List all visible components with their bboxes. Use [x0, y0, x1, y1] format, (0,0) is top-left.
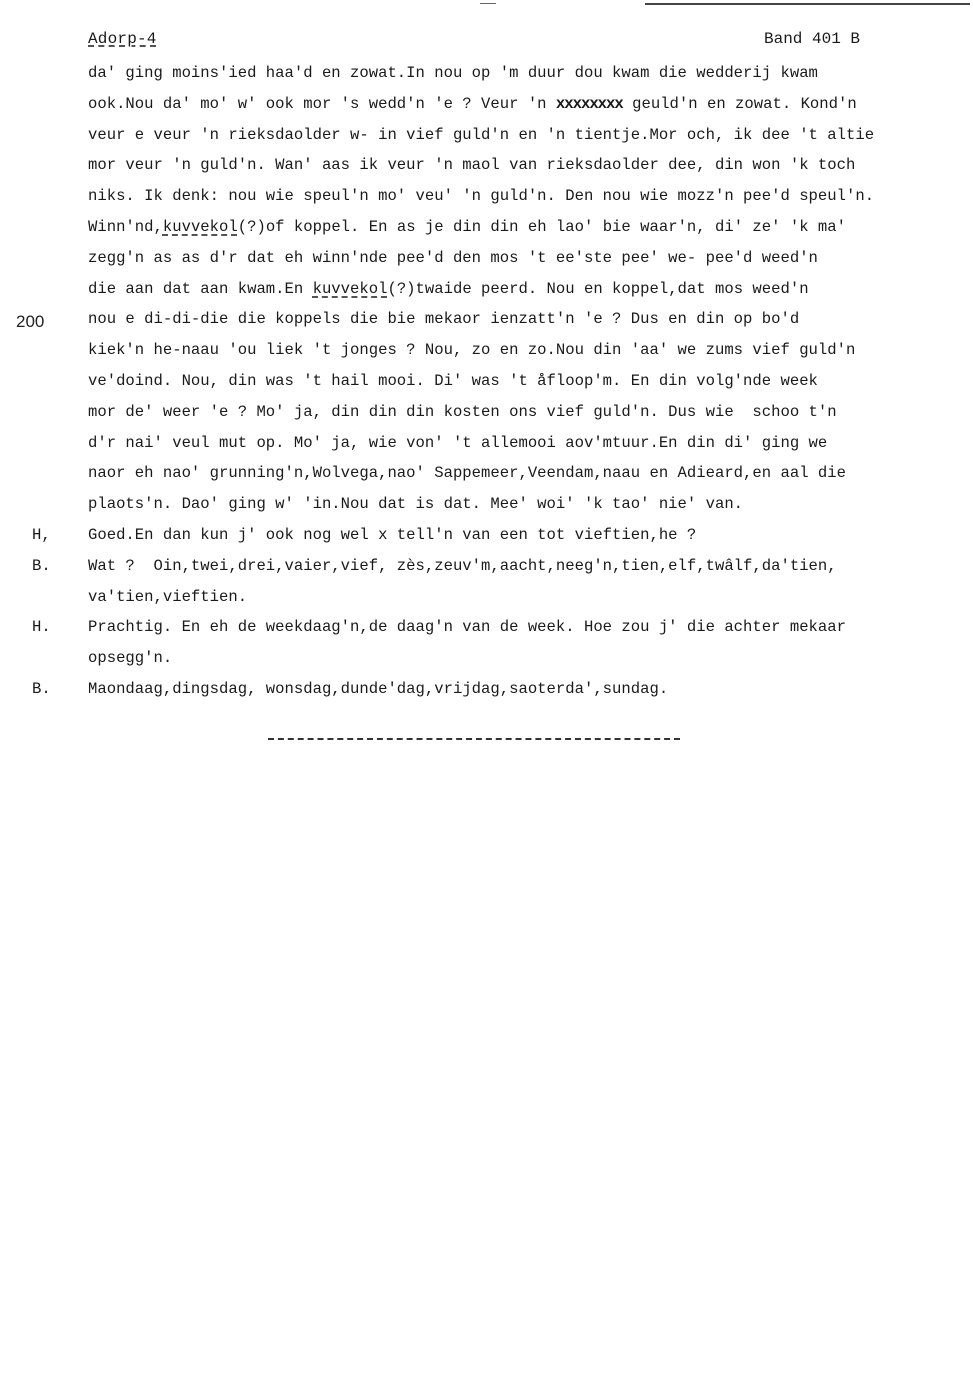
line-text: Wat ? Oin,twei,drei,vaier,vief, zès,zeuv…	[88, 557, 837, 575]
transcript-line: die aan dat aan kwam.En kuvvekol(?)twaid…	[88, 274, 973, 305]
transcript-line: ook.Nou da' mo' w' ook mor 's wedd'n 'e …	[88, 89, 973, 120]
transcript-line: zegg'n as as d'r dat eh winn'nde pee'd d…	[88, 243, 973, 274]
speaker-label: B.	[32, 674, 72, 705]
tape-band-label: Band 401 B	[764, 30, 860, 48]
transcript-line: B.Wat ? Oin,twei,drei,vaier,vief, zès,ze…	[88, 551, 973, 582]
line-text: va'tien,vieftien.	[88, 588, 247, 606]
transcript-line: B.Maondaag,dingsdag, wonsdag,dunde'dag,v…	[88, 674, 973, 705]
transcript-line: da' ging moins'ied haa'd en zowat.In nou…	[88, 58, 973, 89]
transcript-line: plaots'n. Dao' ging w' 'in.Nou dat is da…	[88, 489, 973, 520]
transcript-line: niks. Ik denk: nou wie speul'n mo' veu' …	[88, 181, 973, 212]
scan-edge-rule	[645, 3, 970, 5]
line-text: ve'doind. Nou, din was 't hail mooi. Di'…	[88, 372, 818, 390]
page-header: Adorp-4 Band 401 B	[88, 30, 918, 54]
transcript-line: Winn'nd,kuvvekol(?)of koppel. En as je d…	[88, 212, 973, 243]
uncertain-word: kuvvekol	[313, 280, 388, 298]
transcript-line: kiek'n he-naau 'ou liek 't jonges ? Nou,…	[88, 335, 973, 366]
uncertain-word: kuvvekol	[163, 218, 238, 236]
transcript-line: H.Prachtig. En eh de weekdaag'n,de daag'…	[88, 612, 973, 643]
margin-line-number: 200	[16, 312, 44, 332]
transcript-line: d'r nai' veul mut op. Mo' ja, wie von' '…	[88, 428, 973, 459]
speaker-label: H.	[32, 612, 72, 643]
document-title: Adorp-4	[88, 30, 157, 48]
line-text-continued: (?)twaide peerd. Nou en koppel,dat mos w…	[387, 280, 808, 298]
transcript-line: naor eh nao' grunning'n,Wolvega,nao' Sap…	[88, 458, 973, 489]
line-text: plaots'n. Dao' ging w' 'in.Nou dat is da…	[88, 495, 743, 513]
speaker-label: B.	[32, 551, 72, 582]
transcript-line: H,Goed.En dan kun j' ook nog wel x tell'…	[88, 520, 973, 551]
speaker-label: H,	[32, 520, 72, 551]
line-text: Goed.En dan kun j' ook nog wel x tell'n …	[88, 526, 696, 544]
line-text: kiek'n he-naau 'ou liek 't jonges ? Nou,…	[88, 341, 855, 359]
line-text: veur e veur 'n rieksdaolder w- in vief g…	[88, 126, 874, 144]
line-text-continued: geuld'n en zowat. Kond'n	[623, 95, 857, 113]
end-of-text-rule	[268, 738, 680, 740]
line-text: naor eh nao' grunning'n,Wolvega,nao' Sap…	[88, 464, 846, 482]
line-text: niks. Ik denk: nou wie speul'n mo' veu' …	[88, 187, 874, 205]
line-text: zegg'n as as d'r dat eh winn'nde pee'd d…	[88, 249, 818, 267]
line-text: die aan dat aan kwam.En	[88, 280, 313, 298]
scan-mark	[480, 3, 496, 4]
transcript-line: nou e di-di-die die koppels die bie meka…	[88, 304, 973, 335]
line-text: da' ging moins'ied haa'd en zowat.In nou…	[88, 64, 818, 82]
line-text: mor de' weer 'e ? Mo' ja, din din din ko…	[88, 403, 837, 421]
transcript-line: veur e veur 'n rieksdaolder w- in vief g…	[88, 120, 973, 151]
line-text: ook.Nou da' mo' w' ook mor 's wedd'n 'e …	[88, 95, 556, 113]
line-text: nou e di-di-die die koppels die bie meka…	[88, 310, 799, 328]
line-text: opsegg'n.	[88, 649, 172, 667]
line-text: Prachtig. En eh de weekdaag'n,de daag'n …	[88, 618, 846, 636]
transcript-line: mor de' weer 'e ? Mo' ja, din din din ko…	[88, 397, 973, 428]
struck-out-word: xxxxxxxx	[556, 95, 623, 113]
line-text: mor veur 'n guld'n. Wan' aas ik veur 'n …	[88, 156, 855, 174]
line-text: Maondaag,dingsdag, wonsdag,dunde'dag,vri…	[88, 680, 668, 698]
line-text-continued: (?)of koppel. En as je din din eh lao' b…	[238, 218, 846, 236]
transcript-body: da' ging moins'ied haa'd en zowat.In nou…	[88, 58, 973, 705]
line-text: Winn'nd,	[88, 218, 163, 236]
transcript-line: ve'doind. Nou, din was 't hail mooi. Di'…	[88, 366, 973, 397]
transcript-line: mor veur 'n guld'n. Wan' aas ik veur 'n …	[88, 150, 973, 181]
transcript-line: va'tien,vieftien.	[88, 582, 973, 613]
line-text: d'r nai' veul mut op. Mo' ja, wie von' '…	[88, 434, 827, 452]
transcript-line: opsegg'n.	[88, 643, 973, 674]
